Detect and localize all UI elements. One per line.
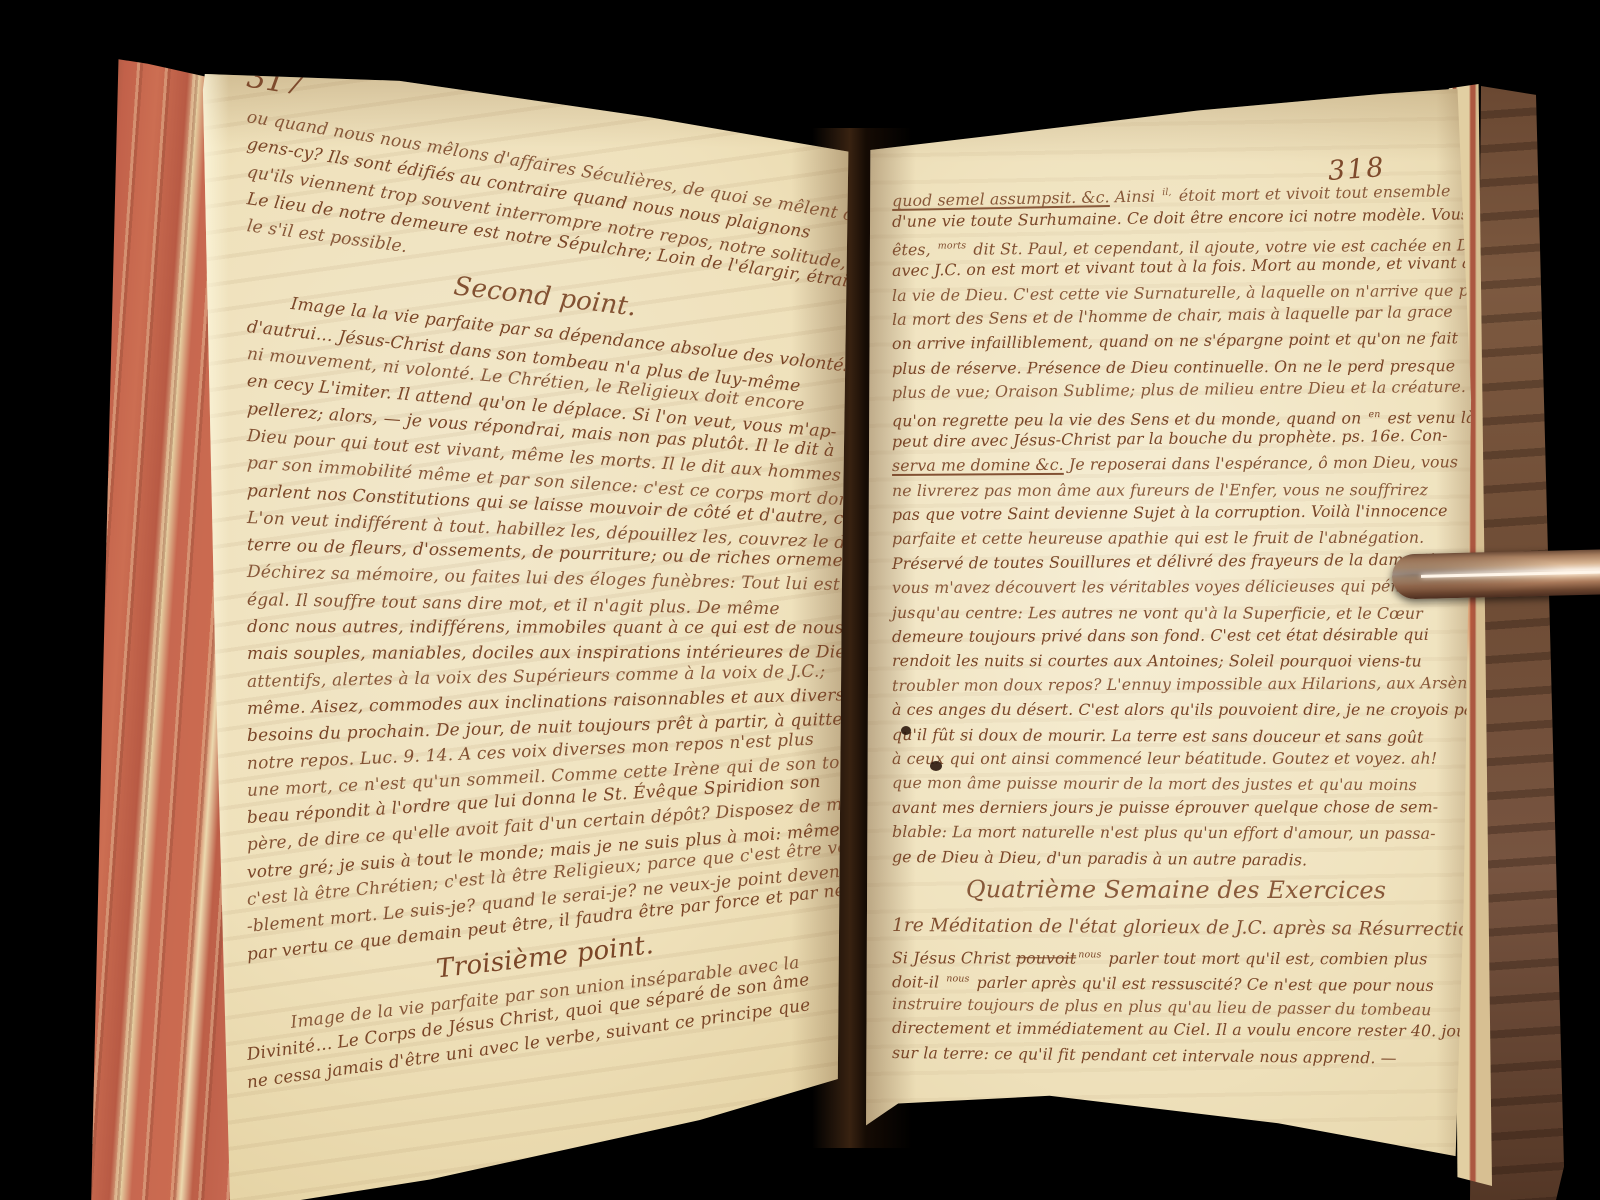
page-top-shading — [858, 82, 1476, 162]
text-segment: Si Jésus Christ — [892, 948, 1016, 967]
text-segment: 1re Méditation de l'état glorieux de J.C… — [892, 915, 1487, 940]
metal-pointer — [1391, 549, 1600, 599]
text-segment: sur la terre: ce qu'il fit pendant cet i… — [892, 1043, 1397, 1067]
manuscript-line: Préservé de toutes Souillures et délivré… — [892, 547, 1460, 576]
ink-blot — [901, 726, 911, 735]
text-segment: êtes, — [892, 240, 936, 259]
photo-stage: 317 ou quand nous nous mêlons d'affaires… — [0, 0, 1600, 1200]
manuscript-line: Si Jésus Christ pouvoitnous parler tout … — [892, 943, 1460, 968]
text-segment: Je reposerai dans l'espérance, ô mon Die… — [1064, 453, 1458, 475]
text-segment: ge de Dieu à Dieu, d'un paradis à un aut… — [892, 847, 1307, 869]
text-segment: morts — [938, 240, 966, 251]
manuscript-line: rendoit les nuits si courtes aux Antoine… — [892, 649, 1460, 674]
text-segment: que mon âme puisse mourir de la mort des… — [892, 773, 1417, 794]
page-number-317: 317 — [245, 60, 307, 104]
manuscript-line: à ceux qui ont ainsi commencé leur béati… — [892, 747, 1460, 772]
text-segment: on arrive infailliblement, quand on ne s… — [892, 329, 1458, 354]
text-segment: il, — [1162, 187, 1172, 198]
text-segment: Quatrième Semaine des Exercices — [966, 875, 1386, 904]
manuscript-line: troubler mon doux repos? L'ennuy impossi… — [892, 671, 1460, 698]
manuscript-line: donc nous autres, indifférens, immobiles… — [247, 614, 847, 643]
manuscript-line: demeure toujours privé dans son fond. C'… — [892, 623, 1460, 650]
text-segment: ne livrerez pas mon âme aux fureurs de l… — [892, 480, 1428, 500]
text-segment: rendoit les nuits si courtes aux Antoine… — [892, 651, 1422, 670]
manuscript-line: sur la terre: ce qu'il fit pendant cet i… — [892, 1041, 1460, 1072]
text-segment: pouvoit — [1016, 948, 1076, 967]
page-right: 318 quod semel assumpsit. &c. Ainsi il, … — [858, 82, 1476, 1178]
section-heading: 1re Méditation de l'état glorieux de J.C… — [892, 911, 1460, 947]
text-segment: peut dire avec Jésus-Christ par la bouch… — [892, 426, 1448, 451]
text-segment: avec J.C. on est mort et vivant tout à l… — [892, 253, 1472, 280]
manuscript-line: serva me domine &c. Je reposerai dans l'… — [892, 451, 1460, 479]
manuscript-line: avant mes derniers jours je puisse éprou… — [892, 795, 1460, 820]
text-segment: serva me domine &c. — [892, 455, 1064, 475]
text-segment: nous — [946, 974, 969, 985]
text-segment: qu'il fût si doux de mourir. La terre es… — [892, 725, 1424, 747]
text-segment: à ces anges du désert. C'est alors qu'il… — [892, 700, 1482, 719]
text-segment: Ainsi — [1110, 186, 1161, 206]
text-segment: avant mes derniers jours je puisse éprou… — [892, 797, 1438, 817]
text-segment: plus de réserve. Présence de Dieu contin… — [892, 356, 1455, 378]
page-right-text: quod semel assumpsit. &c. Ainsi il, étoi… — [892, 186, 1460, 1065]
text-segment: donc nous autres, indifférens, immobiles… — [247, 617, 872, 638]
text-segment: d'une vie toute Surhumaine. Ce doit être… — [892, 205, 1469, 232]
text-segment: pas que votre Saint devienne Sujet à la … — [892, 501, 1448, 524]
manuscript-line: directement et immédiatement au Ciel. Il… — [892, 1016, 1460, 1044]
text-segment: blable: La mort naturelle n'est plus qu'… — [892, 822, 1436, 843]
text-segment: jusqu'au centre: Les autres ne vont qu'à… — [892, 603, 1423, 623]
text-segment: directement et immédiatement au Ciel. Il… — [892, 1018, 1482, 1041]
text-segment: instruire toujours de plus en plus qu'au… — [892, 994, 1432, 1019]
page-left-text: ou quand nous nous mêlons d'affaires Séc… — [247, 104, 847, 1097]
text-segment: plus de vue; Oraison Sublime; plus de mi… — [892, 377, 1466, 402]
manuscript-line: à ces anges du désert. C'est alors qu'il… — [892, 698, 1460, 722]
text-segment: à ceux qui ont ainsi commencé leur béati… — [892, 749, 1437, 768]
ink-blot — [930, 761, 942, 771]
section-heading: Quatrième Semaine des Exercices — [892, 869, 1460, 912]
text-segment: parfaite et cette heureuse apathie qui e… — [892, 528, 1424, 548]
manuscript-line: blable: La mort naturelle n'est plus qu'… — [892, 820, 1460, 846]
text-segment: parler après qu'il est ressuscité? Ce n'… — [971, 973, 1433, 995]
manuscript-line: plus de vue; Oraison Sublime; plus de mi… — [892, 375, 1460, 405]
text-segment: parler tout mort qu'il est, combien plus — [1103, 949, 1427, 969]
manuscript-line: pas que votre Saint devienne Sujet à la … — [892, 499, 1460, 528]
text-segment: troubler mon doux repos? L'ennuy impossi… — [892, 673, 1490, 695]
text-segment: en — [1368, 409, 1380, 420]
manuscript-line: on arrive infailliblement, quand on ne s… — [892, 327, 1460, 357]
manuscript-line: doit-il nous parler après qu'il est ress… — [892, 967, 1460, 995]
text-segment: nous — [1078, 949, 1101, 960]
page-left: 317 ou quand nous nous mêlons d'affaires… — [195, 58, 855, 1200]
text-segment: demeure toujours privé dans son fond. C'… — [892, 625, 1429, 646]
manuscript-line: que mon âme puisse mourir de la mort des… — [892, 771, 1460, 798]
manuscript-line: vous m'avez découvert les véritables voy… — [892, 574, 1460, 600]
text-segment: doit-il — [892, 973, 944, 992]
pointer-highlight — [1421, 570, 1600, 577]
text-segment: étoit mort et vivoit tout ensemble — [1173, 181, 1450, 205]
